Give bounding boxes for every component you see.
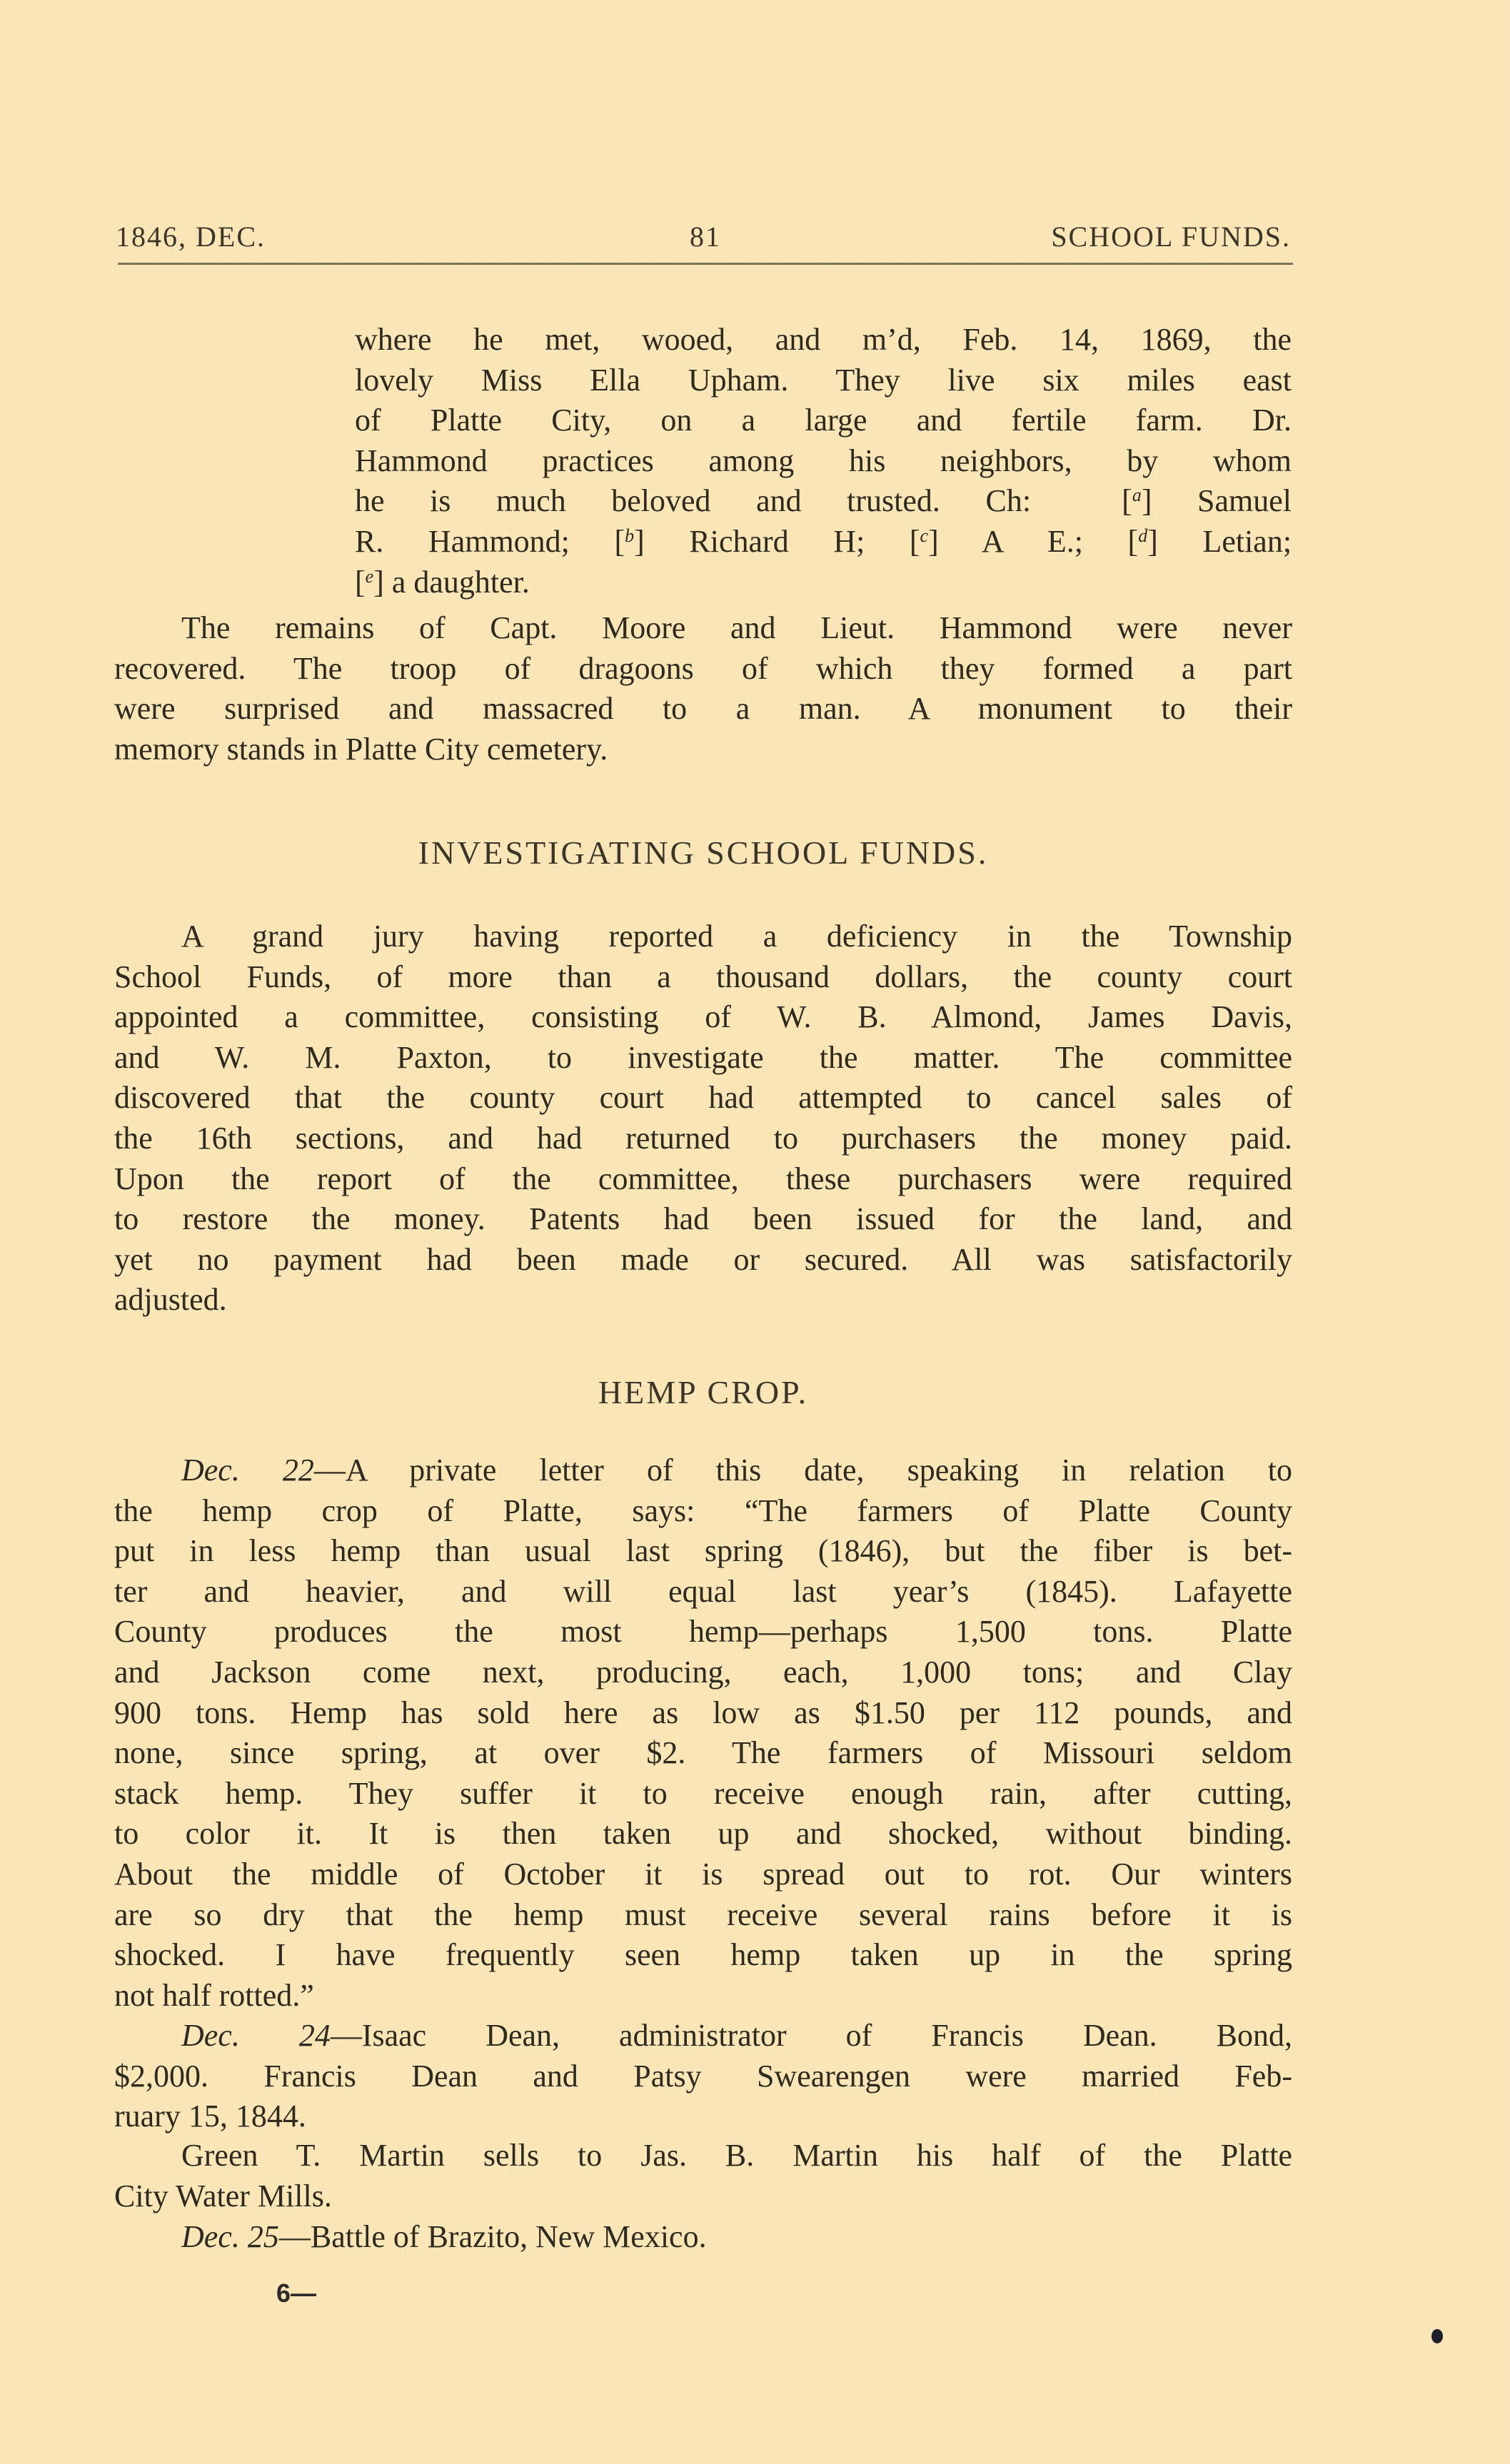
text-line: adjusted. [114,1280,1292,1321]
running-head-title: SCHOOL FUNDS. [1051,220,1291,253]
text-line: A grand jury having reported a deficienc… [114,917,1292,957]
text-line: recovered. The troop of dragoons of whic… [114,649,1292,690]
footnote-marker: c [920,525,929,546]
text-line: appointed a committee, consisting of W. … [114,997,1292,1038]
text-line: the hemp crop of Platte, says: “The farm… [114,1491,1292,1532]
text-line: Dec. 25—Battle of Brazito, New Mexico. [114,2217,1292,2258]
text-line: Dec. 24—Isaac Dean, administrator of Fra… [114,2016,1292,2056]
investigating-paragraph: A grand jury having reported a deficienc… [114,917,1292,1321]
children-line-2: R. Hammond; [b] Richard H; [c] A E.; [d]… [355,522,1292,562]
text-line: School Funds, of more than a thousand do… [114,957,1292,998]
child-name: A E.; [982,524,1083,559]
section-heading-investigating: INVESTIGATING SCHOOL FUNDS. [114,834,1292,872]
text-line: shocked. I have frequently seen hemp tak… [114,1935,1292,1976]
text-line: and W. M. Paxton, to investigate the mat… [114,1038,1292,1079]
text-line: County produces the most hemp—perhaps 1,… [114,1612,1292,1652]
text-line: ruary 15, 1844. [114,2096,1292,2137]
running-head-date: 1846, DEC. [116,220,266,253]
text-line: are so dry that the hemp must receive se… [114,1895,1292,1936]
text-line: were surprised and massacred to a man. A… [114,689,1292,729]
text-line: Green T. Martin sells to Jas. B. Martin … [114,2136,1292,2176]
text-line: Dec. 22—A private letter of this date, s… [114,1450,1292,1491]
footnote-marker: b [625,525,634,546]
text-line: discovered that the county court had att… [114,1078,1292,1119]
book-page: 1846, DEC. 81 SCHOOL FUNDS. where he met… [0,0,1510,2464]
text-line: Upon the report of the committee, these … [114,1159,1292,1200]
text-line: The remains of Capt. Moore and Lieut. Ha… [114,608,1292,649]
header-rule [118,263,1293,265]
remains-paragraph: The remains of Capt. Moore and Lieut. Ha… [114,608,1292,769]
text-line: yet no payment had been made or secured.… [114,1240,1292,1281]
children-line-3: [e] a daughter. [355,562,1292,603]
child-name: Samuel [1197,483,1292,518]
footnote-marker: a [1132,485,1142,505]
dec24-entry: Dec. 24—Isaac Dean, administrator of Fra… [114,2016,1292,2137]
text-line: put in less hemp than usual last spring … [114,1531,1292,1572]
running-head: 1846, DEC. 81 SCHOOL FUNDS. [116,220,1291,257]
text-line: where he met, wooed, and m’d, Feb. 14, 1… [355,320,1292,360]
footnote-marker: d [1138,525,1147,546]
section-heading-hemp: HEMP CROP. [114,1373,1292,1411]
text-line: $2,000. Francis Dean and Patsy Swearenge… [114,2056,1292,2097]
text-line: the 16th sections, and had returned to p… [114,1119,1292,1159]
biography-continuation: where he met, wooed, and m’d, Feb. 14, 1… [355,320,1292,602]
text-line: to restore the money. Patents had been i… [114,1199,1292,1240]
text-line: Hammond practices among his neighbors, b… [355,441,1292,482]
ink-spot [1431,2329,1443,2343]
signature-mark: 6— [276,2278,316,2308]
footnote-marker: e [366,566,374,587]
text-line: memory stands in Platte City cemetery. [114,729,1292,770]
text-line: About the middle of October it is spread… [114,1854,1292,1895]
martin-entry: Green T. Martin sells to Jas. B. Martin … [114,2136,1292,2216]
child-name: Letian; [1202,524,1292,559]
text-line: to color it. It is then taken up and sho… [114,1814,1292,1854]
text-line: City Water Mills. [114,2176,1292,2217]
entry-date: Dec. 22 [181,1453,314,1488]
entry-date: Dec. 25 [181,2219,279,2254]
text-line: 900 tons. Hemp has sold here as low as $… [114,1693,1292,1734]
hemp-paragraph: Dec. 22—A private letter of this date, s… [114,1450,1292,2016]
children-line-1: he is much beloved and trusted. Ch: [a] … [355,481,1292,522]
child-name: R. Hammond; [355,524,570,559]
text-line: not half rotted.” [114,1976,1292,2016]
text-line: lovely Miss Ella Upham. They live six mi… [355,360,1292,401]
dec25-entry: Dec. 25—Battle of Brazito, New Mexico. [114,2217,1292,2258]
text-line: stack hemp. They suffer it to receive en… [114,1774,1292,1814]
text-line: none, since spring, at over $2. The farm… [114,1733,1292,1774]
child-name: Richard H; [689,524,865,559]
child-name: a daughter. [392,565,530,600]
text-line: of Platte City, on a large and fertile f… [355,400,1292,441]
page-number: 81 [690,220,721,253]
text-line: ter and heavier, and will equal last yea… [114,1572,1292,1612]
text-line: and Jackson come next, producing, each, … [114,1652,1292,1693]
entry-date: Dec. 24 [181,2018,331,2053]
